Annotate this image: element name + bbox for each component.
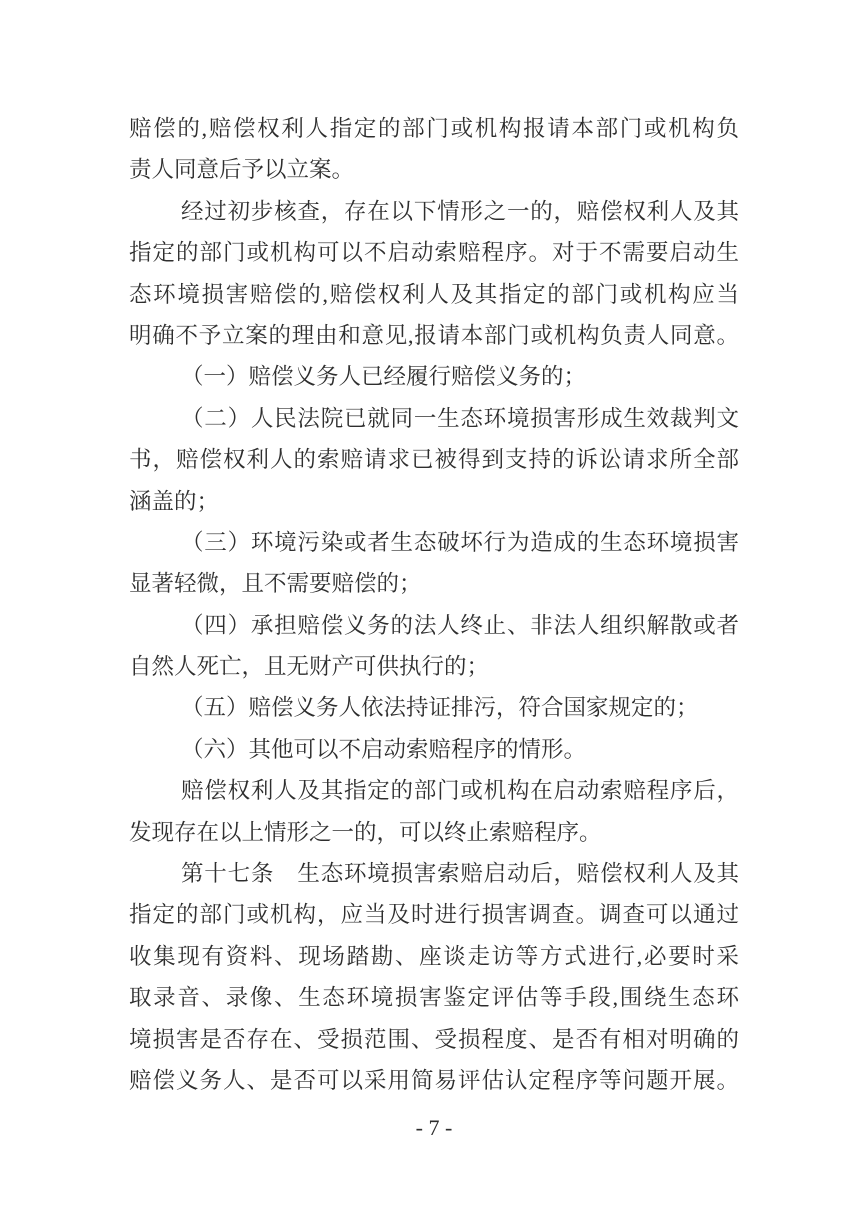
paragraph-item-2: （二）人民法院已就同一生态环境损害形成生效裁判文 书，赔偿权利人的索赔请求已被得… bbox=[129, 398, 739, 522]
text-line: 指定的部门或机构，应当及时进行损害调查。调查可以通过 bbox=[129, 894, 739, 935]
paragraph-termination: 赔偿权利人及其指定的部门或机构在启动索赔程序后， 发现存在以上情形之一的，可以终… bbox=[129, 770, 739, 853]
page-footer: - 7 - bbox=[0, 1112, 868, 1144]
document-page: 赔偿的,赔偿权利人指定的部门或机构报请本部门或机构负 责人同意后予以立案。 经过… bbox=[0, 0, 868, 1227]
text-line: 书，赔偿权利人的索赔请求已被得到支持的诉讼请求所全部 bbox=[129, 439, 739, 480]
paragraph-continuation: 赔偿的,赔偿权利人指定的部门或机构报请本部门或机构负 责人同意后予以立案。 bbox=[129, 108, 739, 191]
paragraph-article-17: 第十七条 生态环境损害索赔启动后，赔偿权利人及其 指定的部门或机构，应当及时进行… bbox=[129, 853, 739, 1101]
text-line: 赔偿义务人、是否可以采用简易评估认定程序等问题开展。 bbox=[129, 1060, 739, 1101]
text-line: 指定的部门或机构可以不启动索赔程序。对于不需要启动生 bbox=[129, 232, 739, 273]
text-line: 赔偿的,赔偿权利人指定的部门或机构报请本部门或机构负 bbox=[129, 108, 739, 149]
text-line: 态环境损害赔偿的,赔偿权利人及其指定的部门或机构应当 bbox=[129, 274, 739, 315]
paragraph-preliminary-check: 经过初步核查，存在以下情形之一的，赔偿权利人及其 指定的部门或机构可以不启动索赔… bbox=[129, 191, 739, 357]
text-line: （六）其他可以不启动索赔程序的情形。 bbox=[129, 729, 739, 770]
paragraph-item-1: （一）赔偿义务人已经履行赔偿义务的； bbox=[129, 356, 739, 397]
text-line: 第十七条 生态环境损害索赔启动后，赔偿权利人及其 bbox=[129, 853, 739, 894]
paragraph-item-4: （四）承担赔偿义务的法人终止、非法人组织解散或者 自然人死亡，且无财产可供执行的… bbox=[129, 605, 739, 688]
text-line: （一）赔偿义务人已经履行赔偿义务的； bbox=[129, 356, 739, 397]
paragraph-item-6: （六）其他可以不启动索赔程序的情形。 bbox=[129, 729, 739, 770]
text-line: 责人同意后予以立案。 bbox=[129, 149, 739, 190]
text-line: （二）人民法院已就同一生态环境损害形成生效裁判文 bbox=[129, 398, 739, 439]
text-line: 自然人死亡，且无财产可供执行的； bbox=[129, 646, 739, 687]
text-line: 收集现有资料、现场踏勘、座谈走访等方式进行,必要时采 bbox=[129, 936, 739, 977]
text-line: （三）环境污染或者生态破坏行为造成的生态环境损害 bbox=[129, 522, 739, 563]
text-line: 赔偿权利人及其指定的部门或机构在启动索赔程序后， bbox=[129, 770, 739, 811]
text-line: （四）承担赔偿义务的法人终止、非法人组织解散或者 bbox=[129, 605, 739, 646]
body-text: 赔偿的,赔偿权利人指定的部门或机构报请本部门或机构负 责人同意后予以立案。 经过… bbox=[129, 108, 739, 1101]
paragraph-item-3: （三）环境污染或者生态破坏行为造成的生态环境损害 显著轻微，且不需要赔偿的； bbox=[129, 522, 739, 605]
text-line: 明确不予立案的理由和意见,报请本部门或机构负责人同意。 bbox=[129, 315, 739, 356]
text-line: 取录音、录像、生态环境损害鉴定评估等手段,围绕生态环 bbox=[129, 977, 739, 1018]
page-number: - 7 - bbox=[416, 1115, 453, 1140]
text-line: 涵盖的； bbox=[129, 481, 739, 522]
paragraph-item-5: （五）赔偿义务人依法持证排污，符合国家规定的； bbox=[129, 687, 739, 728]
text-line: （五）赔偿义务人依法持证排污，符合国家规定的； bbox=[129, 687, 739, 728]
text-line: 经过初步核查，存在以下情形之一的，赔偿权利人及其 bbox=[129, 191, 739, 232]
text-line: 显著轻微，且不需要赔偿的； bbox=[129, 563, 739, 604]
text-line: 境损害是否存在、受损范围、受损程度、是否有相对明确的 bbox=[129, 1019, 739, 1060]
text-line: 发现存在以上情形之一的，可以终止索赔程序。 bbox=[129, 812, 739, 853]
